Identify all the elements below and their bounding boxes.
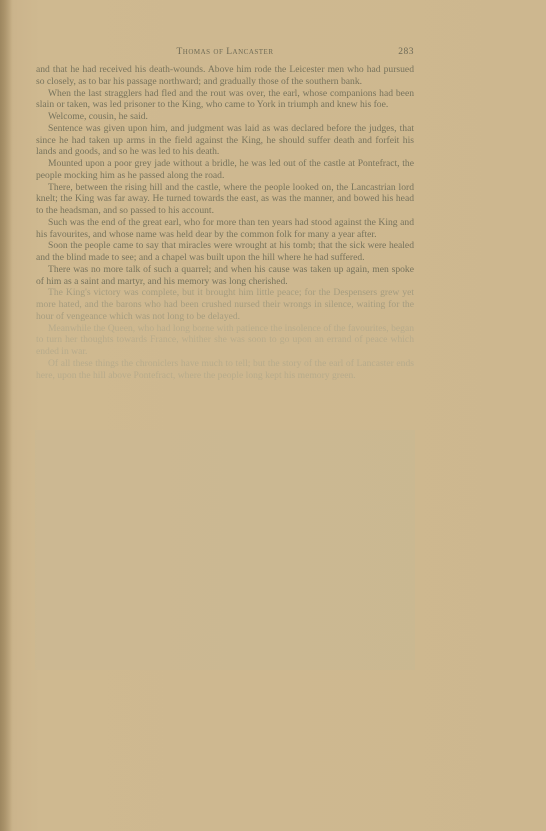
paragraph: When the last stragglers had fled and th… <box>36 88 414 112</box>
paragraph: Sentence was given upon him, and judgmen… <box>36 123 414 158</box>
paragraph: Soon the people came to say that miracle… <box>36 240 414 264</box>
page-number: 283 <box>398 47 414 57</box>
running-title: Thomas of Lancaster <box>36 47 414 57</box>
paragraph: Of all these things the chroniclers have… <box>36 358 414 382</box>
paragraph: Such was the end of the great earl, who … <box>36 217 414 241</box>
page-gutter-shadow <box>0 0 12 831</box>
paragraph: There was no more talk of such a quarrel… <box>36 264 414 288</box>
book-page: Thomas of Lancaster 283 and that he had … <box>0 0 546 831</box>
paragraph: and that he had received his death-wound… <box>36 64 414 88</box>
text-body: and that he had received his death-wound… <box>36 64 414 381</box>
paragraph: Mounted upon a poor grey jade without a … <box>36 158 414 182</box>
paragraph: There, between the rising hill and the c… <box>36 182 414 217</box>
faded-region <box>35 430 415 670</box>
paragraph: Welcome, cousin, he said. <box>36 111 414 123</box>
paragraph: The King's victory was complete, but it … <box>36 287 414 322</box>
running-header: Thomas of Lancaster 283 <box>36 47 414 61</box>
paragraph: Meanwhile the Queen, who had long borne … <box>36 323 414 358</box>
